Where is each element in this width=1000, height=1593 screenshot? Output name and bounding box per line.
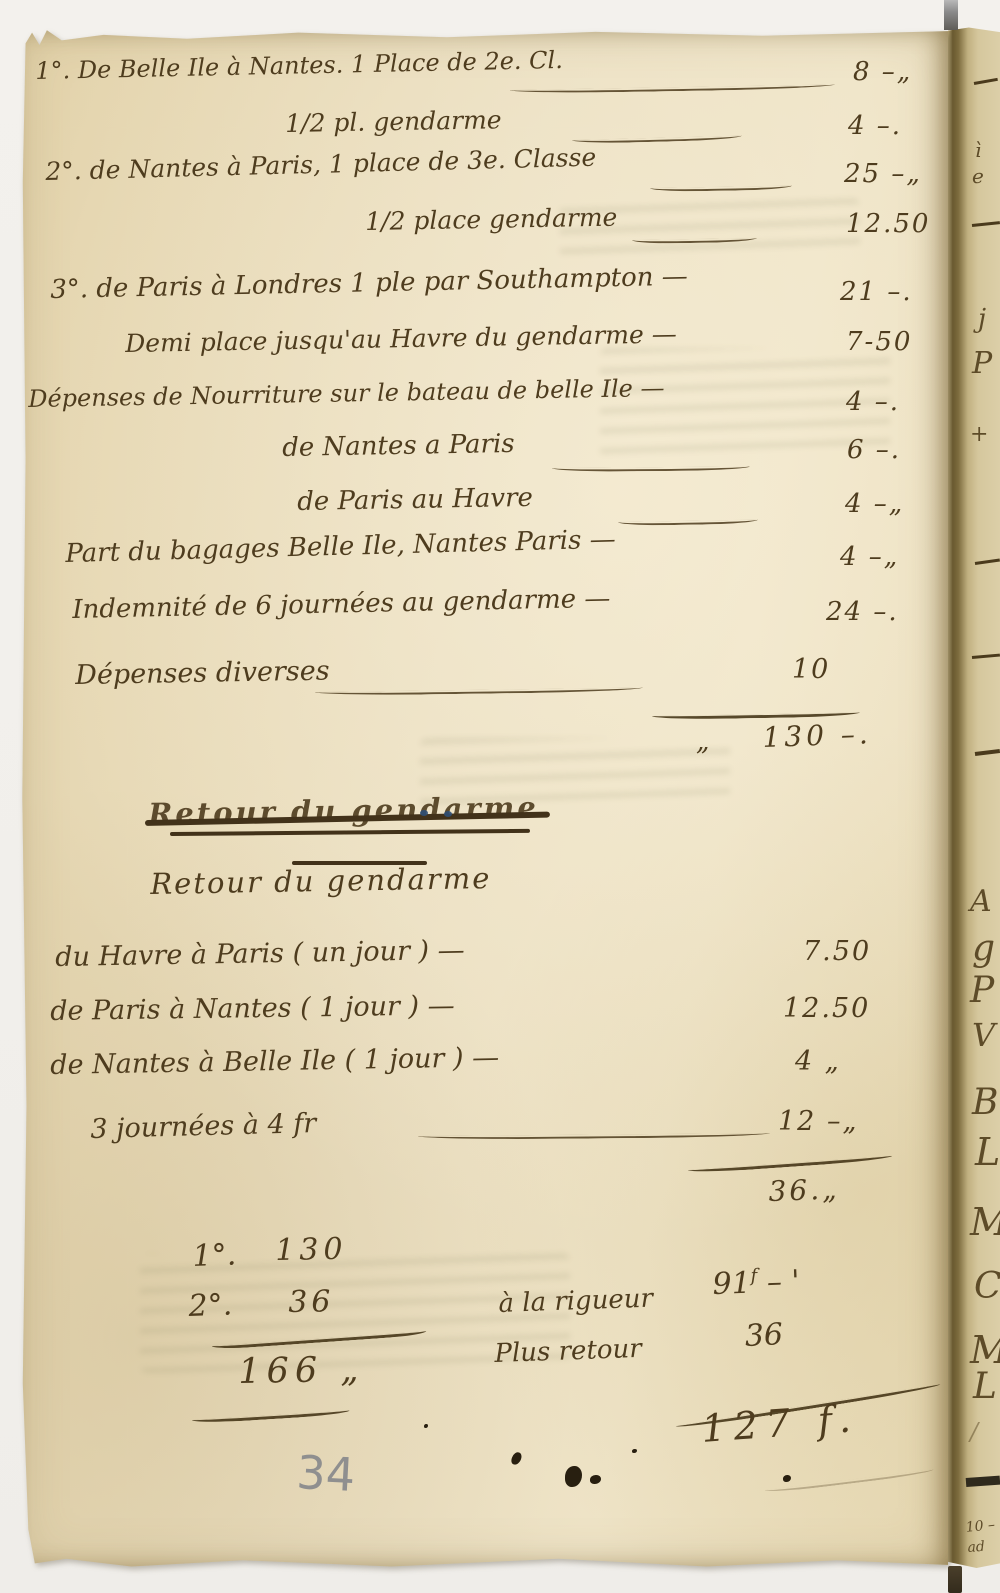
blue-ink-dot — [420, 810, 428, 816]
page2-text-fragment: M — [970, 1200, 1000, 1244]
binding-mark-bottom — [948, 1566, 962, 1593]
page2-text-fragment: B — [972, 1082, 998, 1123]
total-rule — [688, 1156, 893, 1174]
faint-flourish — [765, 1469, 934, 1494]
page2-text-fragment: P — [970, 970, 994, 1011]
page2-text-fragment: ad — [967, 1539, 985, 1556]
plus-return-label: Plus retour — [494, 1335, 642, 1370]
dash-leader — [418, 1133, 770, 1140]
page2-text-fragment: e — [972, 164, 984, 188]
ledger-item-desc: de Nantes a Paris — [282, 430, 515, 464]
dash-leader — [618, 520, 758, 526]
plus-return-value: 36 — [744, 1318, 784, 1354]
alt-total-number: 91 — [712, 1266, 751, 1302]
ledger-item-amount: 12.50 — [783, 993, 870, 1024]
section2-heading: Retour du gendarme — [150, 862, 492, 901]
ink-blot — [510, 1451, 523, 1466]
ledger-item-desc: de Paris au Havre — [297, 484, 533, 518]
page2-rule-fragment — [972, 654, 1000, 659]
dash-leader — [510, 84, 835, 94]
struck-heading: Retour du gendarme — [148, 791, 539, 831]
page2-rule-fragment — [975, 749, 1000, 756]
alt-total-tail: – ' — [766, 1264, 800, 1300]
ink-blot — [783, 1475, 791, 1482]
ledger-item-desc: 3°. de Paris à Londres 1 ple par Southam… — [50, 263, 688, 306]
ledger-item-amount: 4 –„ — [840, 543, 899, 573]
blue-ink-dot — [444, 811, 452, 817]
ledger-item-amount: 7-50 — [846, 328, 912, 358]
ink-blot — [424, 1424, 428, 1428]
ledger-item-amount: 4 –. — [848, 112, 902, 142]
ledger-item-desc: Indemnité de 6 journées au gendarme — — [72, 585, 611, 626]
ink-blot — [565, 1466, 582, 1487]
alt-total-label: à la rigueur — [498, 1285, 653, 1320]
page2-rule-fragment — [972, 221, 1000, 227]
ledger-item-amount: 7.50 — [803, 936, 871, 967]
francs-superscript: f — [750, 1265, 757, 1286]
ledger-item-amount: 8 –„ — [853, 58, 912, 88]
ditto-mark: „ — [696, 728, 709, 758]
page2-text-fragment: ì — [975, 138, 981, 162]
ledger-item-amount: 10 — [792, 654, 830, 685]
ledger-item-amount: 6 –. — [847, 436, 901, 466]
ink-blot — [632, 1449, 637, 1453]
dash-leader — [552, 466, 750, 472]
section1-total: 130 –. — [762, 718, 872, 754]
summary-row-value: 36 — [288, 1285, 335, 1320]
summary-row-label: 2°. — [188, 1288, 233, 1324]
ledger-item-amount: 21 –. — [840, 278, 913, 308]
manuscript-scan: ì e j P + A g P V B L M C M L / 10 – ad … — [0, 0, 1000, 1593]
paper-surface: 1°. De Belle Ile à Nantes. 1 Place de 2e… — [20, 28, 948, 1568]
ledger-item-desc: 1/2 pl. gendarme — [285, 106, 502, 139]
sum-underline — [192, 1410, 350, 1424]
page2-text-fragment: L — [975, 1130, 1000, 1174]
ink-blot — [590, 1475, 601, 1484]
ledger-item-amount: 4 „ — [795, 1046, 841, 1077]
summary-sum: 166 „ — [238, 1350, 365, 1392]
ledger-item-desc: 2°. de Nantes à Paris, 1 place de 3e. Cl… — [45, 144, 597, 187]
summary-row-label: 1°. — [192, 1238, 237, 1274]
ledger-item-desc: du Havre à Paris ( un jour ) — — [55, 935, 465, 973]
page2-rule-fragment — [974, 78, 998, 85]
ledger-item-amount: 24 –. — [826, 598, 899, 628]
ledger-item-desc: 1°. De Belle Ile à Nantes. 1 Place de 2e… — [35, 47, 563, 86]
pencil-folio-number: 34 — [295, 1446, 356, 1502]
page2-text-fragment: V — [972, 1016, 995, 1054]
binding-mark-top — [944, 0, 958, 30]
page2-text-fragment: L — [973, 1366, 997, 1407]
dash-leader — [315, 687, 643, 696]
summary-row-value: 130 — [275, 1233, 348, 1269]
alt-total-value: 91f – ' — [712, 1265, 800, 1303]
dash-leader — [572, 136, 742, 144]
ledger-item-desc: 3 journées à 4 fr — [90, 1108, 317, 1145]
ledger-item-desc: 1/2 place gendarme — [365, 204, 618, 237]
ledger-item-desc: de Paris à Nantes ( 1 jour ) — — [50, 990, 455, 1027]
ledger-item-desc: Dépenses diverses — [75, 656, 330, 691]
page2-text-fragment: g — [972, 928, 995, 969]
ledger-item-amount: 12 –„ — [778, 1106, 858, 1137]
page2-text-fragment: C — [974, 1266, 1000, 1307]
page2-text-fragment: / — [970, 1418, 978, 1446]
ledger-item-amount: 25 –„ — [844, 160, 922, 190]
manuscript-leaf: 1°. De Belle Ile à Nantes. 1 Place de 2e… — [20, 28, 948, 1568]
section2-total: 36.„ — [768, 1174, 840, 1209]
ledger-item-desc: Demi place jusqu'au Havre du gendarme — — [125, 320, 677, 358]
ledger-item-amount: 12.50 — [846, 210, 930, 240]
page2-text-fragment: P — [972, 346, 992, 381]
dash-leader — [650, 186, 792, 192]
ledger-item-desc: Dépenses de Nourriture sur le bateau de … — [28, 375, 665, 414]
ledger-item-desc: de Nantes à Belle Ile ( 1 jour ) — — [50, 1042, 499, 1081]
page2-text-fragment: + — [970, 422, 988, 447]
next-page-edge: ì e j P + A g P V B L M C M L / 10 – ad — [948, 26, 1000, 1568]
final-total: 127 f. — [700, 1397, 860, 1452]
page2-text-fragment: A — [970, 884, 992, 919]
page2-rule-fragment — [966, 1476, 1000, 1487]
ledger-item-desc: Part du bagages Belle Ile, Nantes Paris … — [65, 526, 616, 570]
page2-rule-fragment — [975, 559, 1000, 565]
page2-text-fragment: 10 – — [965, 1517, 996, 1536]
ledger-item-amount: 4 –. — [846, 388, 900, 418]
ledger-item-amount: 4 –„ — [845, 490, 904, 520]
page2-text-fragment: j — [978, 304, 986, 334]
